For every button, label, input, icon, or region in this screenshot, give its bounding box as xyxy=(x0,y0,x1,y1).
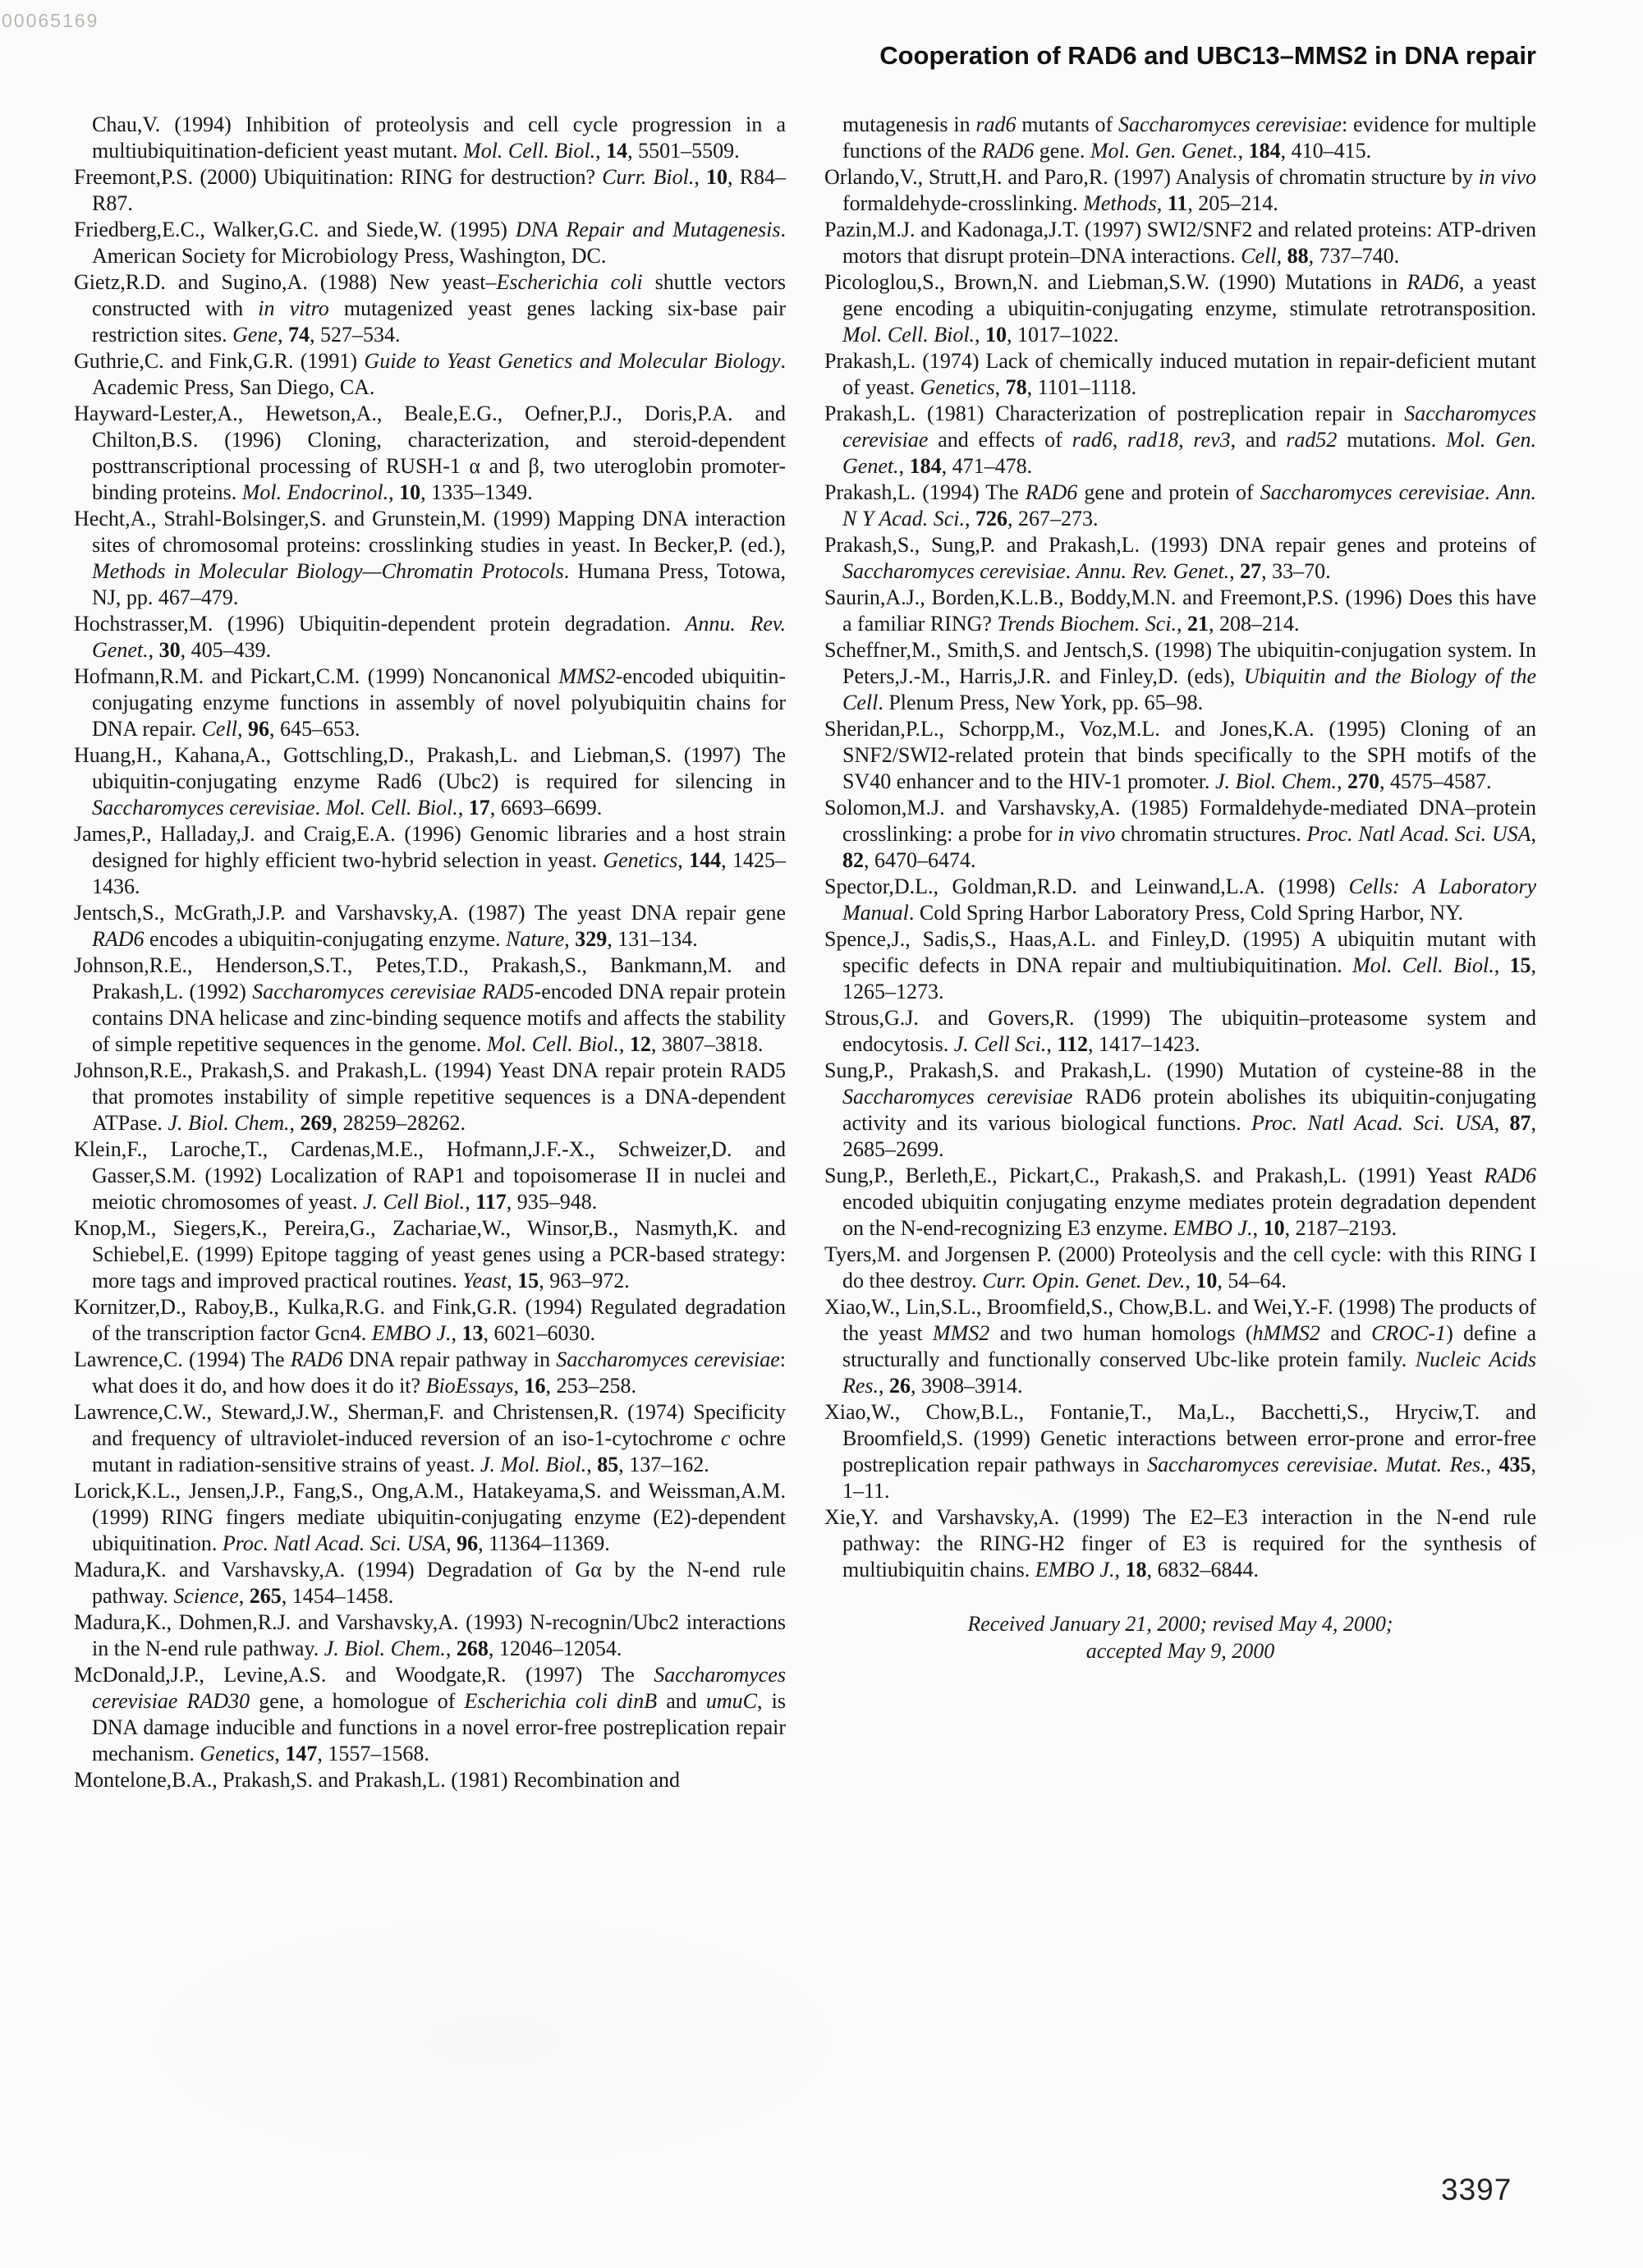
reference-entry: Jentsch,S., McGrath,J.P. and Varshavsky,… xyxy=(74,900,786,953)
reference-entry: Picologlou,S., Brown,N. and Liebman,S.W.… xyxy=(824,269,1536,348)
reference-entry: McDonald,J.P., Levine,A.S. and Woodgate,… xyxy=(74,1662,786,1767)
reference-entry: Hayward-Lester,A., Hewetson,A., Beale,E.… xyxy=(74,401,786,506)
reference-entry: Xie,Y. and Varshavsky,A. (1999) The E2–E… xyxy=(824,1504,1536,1583)
reference-entry: Tyers,M. and Jorgensen P. (2000) Proteol… xyxy=(824,1242,1536,1294)
reference-entry: Johnson,R.E., Henderson,S.T., Petes,T.D.… xyxy=(74,953,786,1058)
scan-id-stamp: 00065169 xyxy=(2,10,99,32)
reference-entry: Xiao,W., Lin,S.L., Broomfield,S., Chow,B… xyxy=(824,1294,1536,1399)
reference-entry: Guthrie,C. and Fink,G.R. (1991) Guide to… xyxy=(74,348,786,401)
reference-entry: Hochstrasser,M. (1996) Ubiquitin-depende… xyxy=(74,611,786,663)
reference-entry: Strous,G.J. and Govers,R. (1999) The ubi… xyxy=(824,1005,1536,1058)
reference-entry: Madura,K. and Varshavsky,A. (1994) Degra… xyxy=(74,1557,786,1609)
reference-entry: Kornitzer,D., Raboy,B., Kulka,R.G. and F… xyxy=(74,1294,786,1347)
reference-entry: Prakash,S., Sung,P. and Prakash,L. (1993… xyxy=(824,532,1536,585)
reference-entry: Lawrence,C. (1994) The RAD6 DNA repair p… xyxy=(74,1347,786,1399)
reference-entry: Knop,M., Siegers,K., Pereira,G., Zachari… xyxy=(74,1215,786,1294)
reference-entry: Scheffner,M., Smith,S. and Jentsch,S. (1… xyxy=(824,637,1536,716)
reference-entry: Sung,P., Prakash,S. and Prakash,L. (1990… xyxy=(824,1058,1536,1163)
received-dates: Received January 21, 2000; revised May 4… xyxy=(824,1610,1536,1664)
reference-entry: Lawrence,C.W., Steward,J.W., Sherman,F. … xyxy=(74,1399,786,1478)
reference-entry: Madura,K., Dohmen,R.J. and Varshavsky,A.… xyxy=(74,1609,786,1662)
running-head: Cooperation of RAD6 and UBC13–MMS2 in DN… xyxy=(824,41,1536,71)
reference-entry: Spector,D.L., Goldman,R.D. and Leinwand,… xyxy=(824,874,1536,926)
reference-entry: Friedberg,E.C., Walker,G.C. and Siede,W.… xyxy=(74,217,786,269)
reference-entry: Prakash,L. (1974) Lack of chemically ind… xyxy=(824,348,1536,401)
reference-entry: Johnson,R.E., Prakash,S. and Prakash,L. … xyxy=(74,1058,786,1136)
reference-entry: Prakash,L. (1994) The RAD6 gene and prot… xyxy=(824,480,1536,532)
reference-entry: Spence,J., Sadis,S., Haas,A.L. and Finle… xyxy=(824,926,1536,1005)
reference-columns: Chau,V. (1994) Inhibition of proteolysis… xyxy=(74,112,1536,1793)
reference-entry: Solomon,M.J. and Varshavsky,A. (1985) Fo… xyxy=(824,795,1536,874)
reference-entry: Klein,F., Laroche,T., Cardenas,M.E., Hof… xyxy=(74,1136,786,1215)
reference-entry: James,P., Halladay,J. and Craig,E.A. (19… xyxy=(74,821,786,900)
reference-list-left: Chau,V. (1994) Inhibition of proteolysis… xyxy=(74,112,786,1793)
reference-entry: Prakash,L. (1981) Characterization of po… xyxy=(824,401,1536,480)
reference-list-right: mutagenesis in rad6 mutants of Saccharom… xyxy=(824,112,1536,1583)
reference-entry: Hecht,A., Strahl-Bolsinger,S. and Grunst… xyxy=(74,506,786,611)
journal-references-page: 00065169 Cooperation of RAD6 and UBC13–M… xyxy=(0,0,1643,2268)
page-number: 3397 xyxy=(1441,2173,1512,2207)
reference-entry: Pazin,M.J. and Kadonaga,J.T. (1997) SWI2… xyxy=(824,217,1536,269)
reference-entry: Huang,H., Kahana,A., Gottschling,D., Pra… xyxy=(74,742,786,821)
references-column-right: mutagenesis in rad6 mutants of Saccharom… xyxy=(824,112,1536,1793)
reference-entry: mutagenesis in rad6 mutants of Saccharom… xyxy=(824,112,1536,164)
received-line-2: accepted May 9, 2000 xyxy=(824,1637,1536,1664)
reference-entry: Montelone,B.A., Prakash,S. and Prakash,L… xyxy=(74,1767,786,1793)
reference-entry: Gietz,R.D. and Sugino,A. (1988) New yeas… xyxy=(74,269,786,348)
reference-entry: Sung,P., Berleth,E., Pickart,C., Prakash… xyxy=(824,1163,1536,1242)
references-column-left: Chau,V. (1994) Inhibition of proteolysis… xyxy=(74,112,786,1793)
received-line-1: Received January 21, 2000; revised May 4… xyxy=(824,1610,1536,1637)
reference-entry: Orlando,V., Strutt,H. and Paro,R. (1997)… xyxy=(824,164,1536,217)
reference-entry: Freemont,P.S. (2000) Ubiquitination: RIN… xyxy=(74,164,786,217)
reference-entry: Chau,V. (1994) Inhibition of proteolysis… xyxy=(74,112,786,164)
reference-entry: Xiao,W., Chow,B.L., Fontanie,T., Ma,L., … xyxy=(824,1399,1536,1504)
reference-entry: Saurin,A.J., Borden,K.L.B., Boddy,M.N. a… xyxy=(824,585,1536,637)
reference-entry: Sheridan,P.L., Schorpp,M., Voz,M.L. and … xyxy=(824,716,1536,795)
reference-entry: Lorick,K.L., Jensen,J.P., Fang,S., Ong,A… xyxy=(74,1478,786,1557)
reference-entry: Hofmann,R.M. and Pickart,C.M. (1999) Non… xyxy=(74,663,786,742)
